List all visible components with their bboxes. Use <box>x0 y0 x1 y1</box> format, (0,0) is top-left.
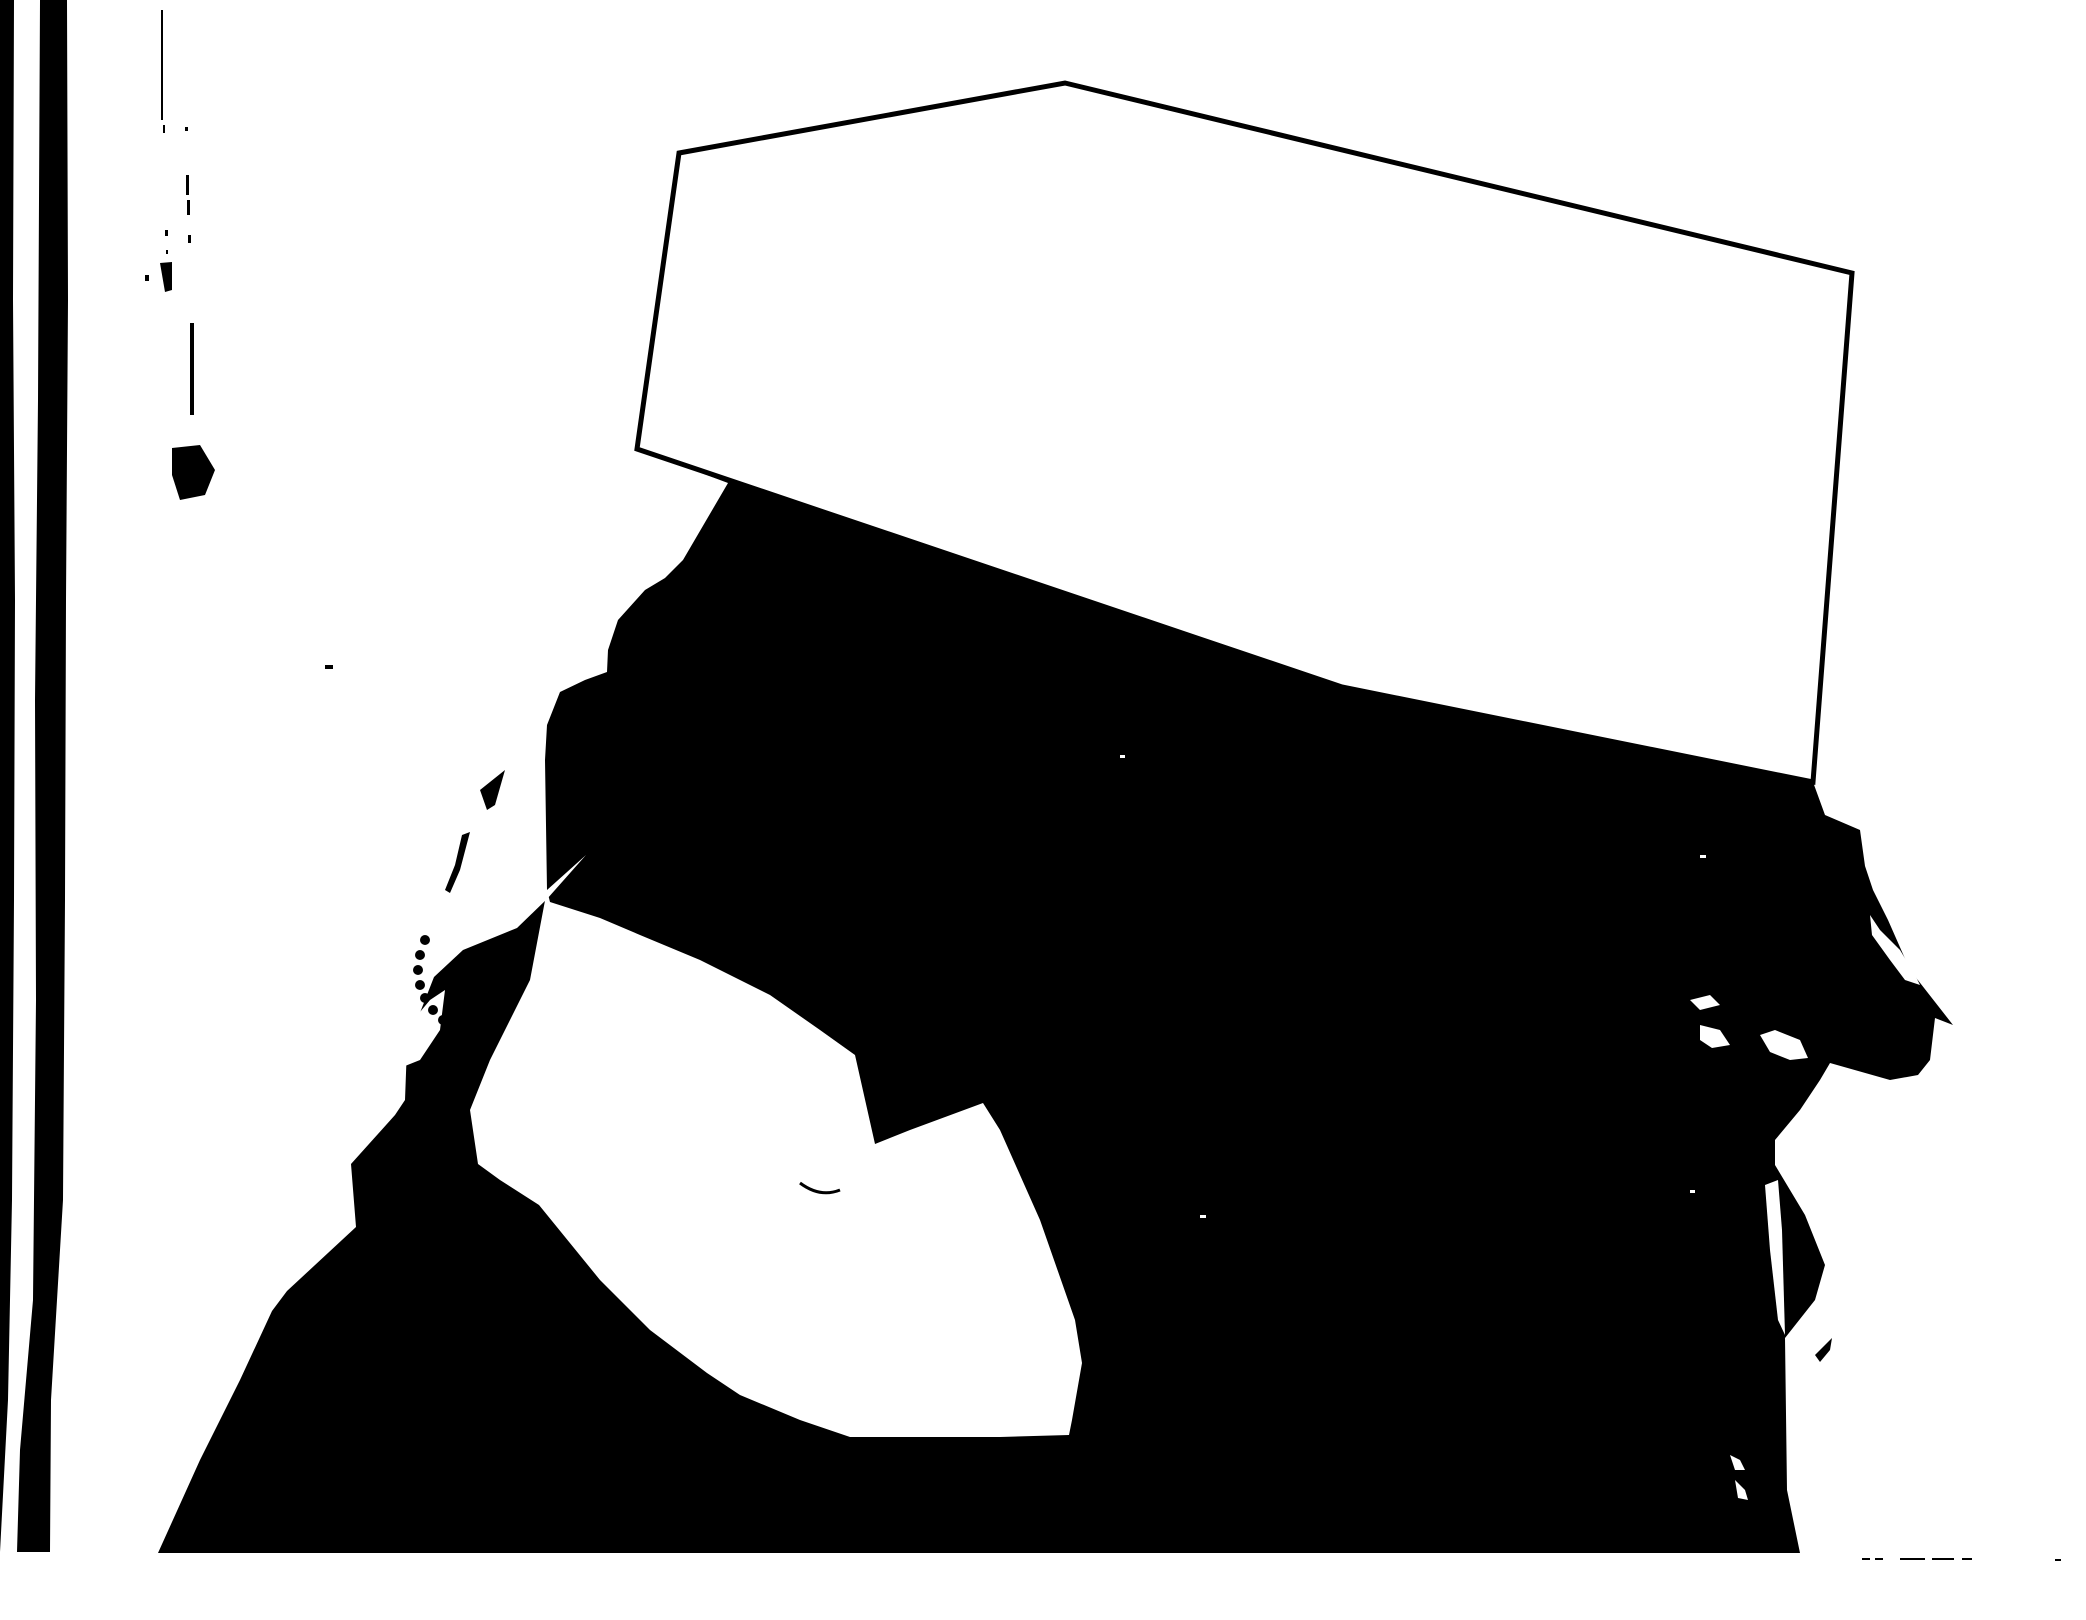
photo-scene <box>0 0 2086 1620</box>
